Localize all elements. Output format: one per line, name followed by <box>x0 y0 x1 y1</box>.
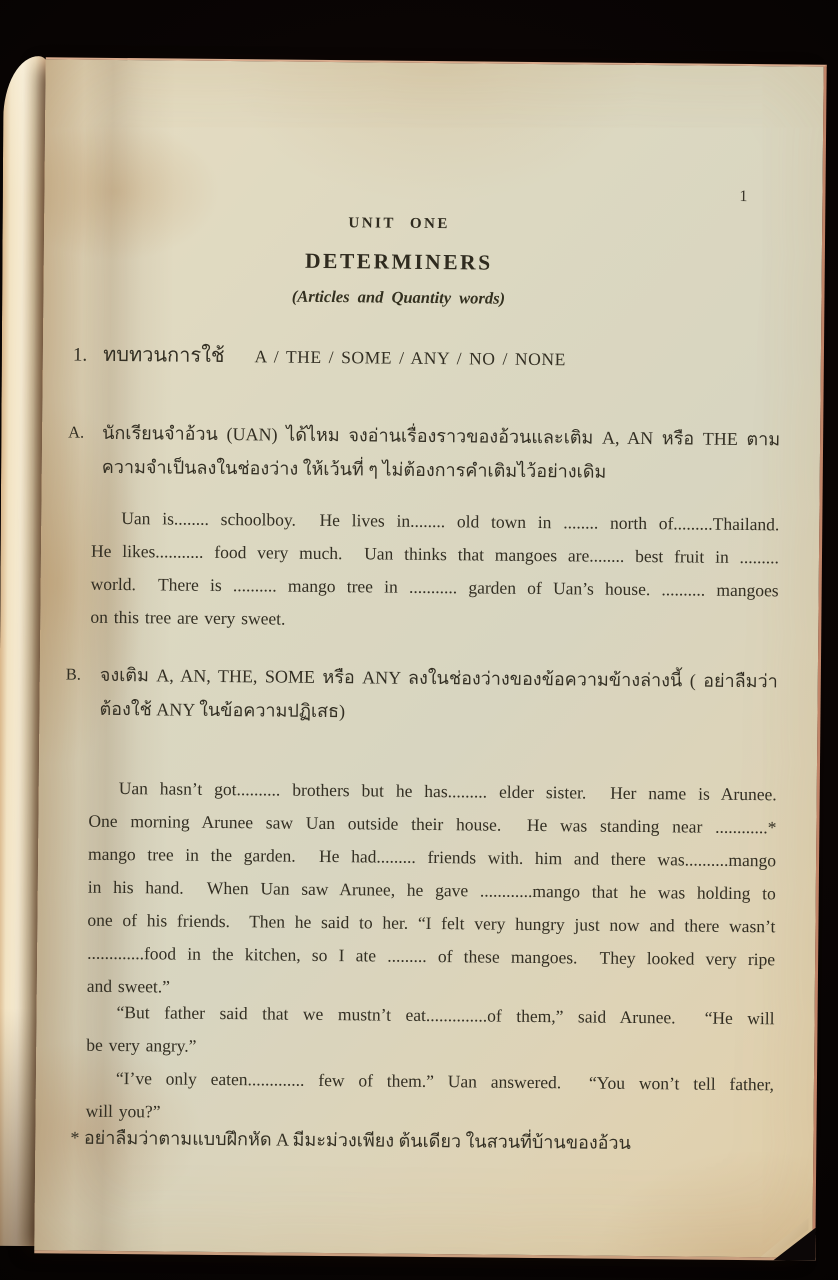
dialogue-paragraph-1: “But father said that we mustn’t eat....… <box>86 996 775 1069</box>
footnote: * อย่าลืมว่าตามแบบฝึกหัด A มีมะม่วงเพียง… <box>70 1122 776 1161</box>
exercise-b-label: B. <box>66 658 81 692</box>
page-number: 1 <box>739 188 747 206</box>
passage-line: “I’ve only eaten............. few of the… <box>86 1062 774 1102</box>
review-heading-number: 1. <box>73 345 87 367</box>
subtitle: (Articles and Quantity words) <box>54 284 742 311</box>
passage-b: Uan hasn’t got.......... brothers but he… <box>87 772 777 1010</box>
review-heading-thai: ทบทวนการใช้ <box>103 338 225 371</box>
exercise-a-section: A. นักเรียนจำอ้วน (UAN) ได้ไหม จงอ่านเรื… <box>68 416 781 491</box>
review-heading-words: A / THE / SOME / ANY / NO / NONE <box>254 346 566 370</box>
main-title: DETERMINERS <box>55 246 743 278</box>
passage-line: .............food in the kitchen, so I a… <box>87 937 775 977</box>
exercise-a-instructions: นักเรียนจำอ้วน (UAN) ได้ไหม จงอ่านเรื่อง… <box>102 416 781 491</box>
heading-block: UNIT ONE DETERMINERS (Articles and Quant… <box>54 212 743 311</box>
passage-a: Uan is........ schoolboy. He lives in...… <box>90 502 779 641</box>
book-photo: 1 UNIT ONE DETERMINERS (Articles and Qua… <box>0 0 838 1280</box>
book-page: 1 UNIT ONE DETERMINERS (Articles and Qua… <box>34 57 826 1260</box>
exercise-a-label: A. <box>68 416 84 450</box>
passage-line: on this tree are very sweet. <box>90 601 778 641</box>
review-heading: 1. ทบทวนการใช้ A / THE / SOME / ANY / NO… <box>73 338 783 377</box>
exercise-b-instructions: จงเติม A, AN, THE, SOME หรือ ANY ลงในช่อ… <box>99 658 778 733</box>
unit-heading: UNIT ONE <box>55 212 743 236</box>
exercise-b-section: B. จงเติม A, AN, THE, SOME หรือ ANY ลงใน… <box>65 658 778 733</box>
